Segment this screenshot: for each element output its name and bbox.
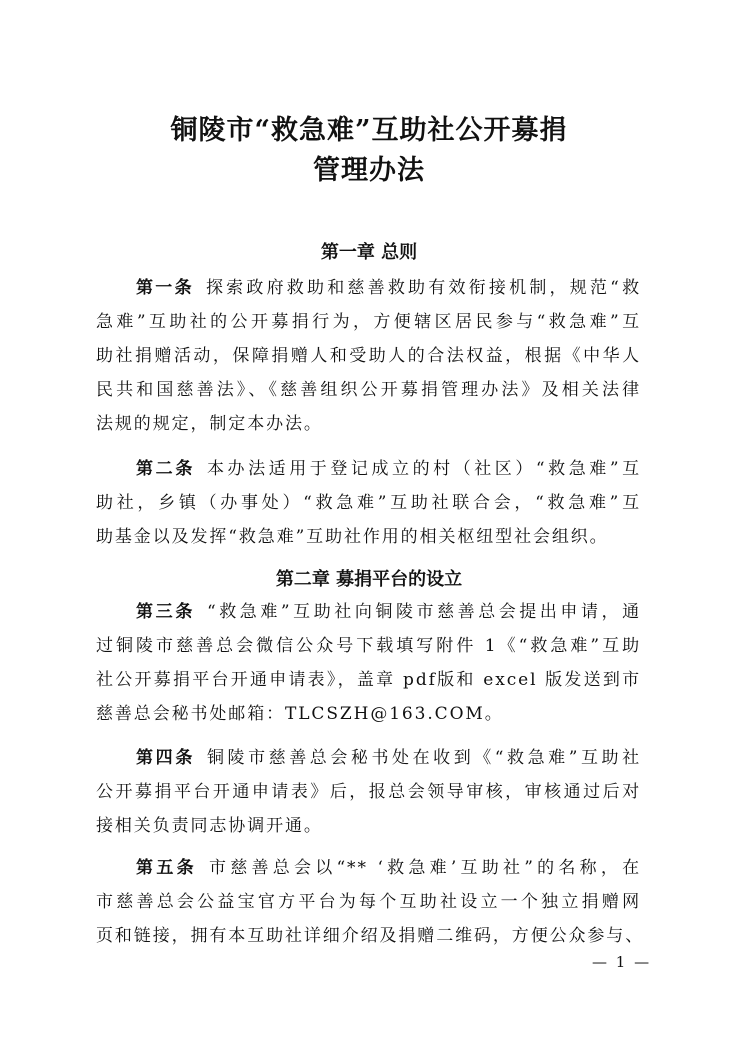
chapter-heading-2: 第二章 募捐平台的设立 [0, 565, 738, 591]
chapter-heading-1: 第一章 总则 [0, 238, 738, 264]
article-label: 第四条 [136, 748, 195, 768]
article-1-line-3: 助社捐赠活动，保障捐赠人和受助人的合法权益，根据《中华人 [96, 339, 641, 373]
article-3-line-2: 过铜陵市慈善总会微信公众号下载填写附件 1《“救急难”互助 [96, 629, 641, 663]
article-4-line-1: 第四条铜陵市慈善总会秘书处在收到《“救急难”互助社 [136, 741, 641, 775]
article-2-line-3: 助基金以及发挥“救急难”互助社作用的相关枢纽型社会组织。 [96, 520, 641, 554]
article-4-line-3: 接相关负责同志协调开通。 [96, 809, 641, 843]
article-1-line-5: 法规的规定，制定本办法。 [96, 407, 641, 441]
article-label: 第一条 [136, 278, 194, 298]
article-3-line-4: 慈善总会秘书处邮箱：TLCSZH@163.COM。 [96, 697, 641, 731]
article-label: 第五条 [136, 858, 197, 878]
article-2-line-2: 助社，乡镇（办事处）“救急难”互助社联合会，“救急难”互 [96, 486, 641, 520]
document-title-line1: 铜陵市“救急难”互助社公开募捐 [0, 108, 738, 147]
article-text: 探索政府救助和慈善救助有效衔接机制，规范“救 [206, 278, 641, 298]
article-1-line-4: 民共和国慈善法》、《慈善组织公开募捐管理办法》及相关法律 [96, 373, 641, 407]
article-text: 铜陵市慈善总会秘书处在收到《“救急难”互助社 [207, 748, 641, 768]
article-text: 市慈善总会以“** ‘救急难’互助社”的名称，在 [209, 858, 641, 878]
article-1-line-2: 急难”互助社的公开募捐行为，方便辖区居民参与“救急难”互 [96, 305, 641, 339]
document-title-line2: 管理办法 [0, 148, 738, 187]
article-text: “救急难”互助社向铜陵市慈善总会提出申请，通 [207, 602, 641, 622]
article-5-line-2: 市慈善总会公益宝官方平台为每个互助社设立一个独立捐赠网 [96, 885, 641, 919]
article-5-line-1: 第五条市慈善总会以“** ‘救急难’互助社”的名称，在 [136, 851, 641, 885]
article-text: 本办法适用于登记成立的村（社区）“救急难”互 [207, 459, 641, 479]
article-3-line-3: 社公开募捐平台开通申请表》，盖章 pdf版和 excel 版发送到市 [96, 663, 641, 697]
article-1-line-1: 第一条探索政府救助和慈善救助有效衔接机制，规范“救 [136, 271, 641, 305]
article-label: 第三条 [136, 602, 195, 622]
article-2-line-1: 第二条本办法适用于登记成立的村（社区）“救急难”互 [136, 452, 641, 486]
article-5-line-3: 页和链接，拥有本互助社详细介绍及捐赠二维码，方便公众参与、 [96, 919, 641, 953]
article-4-line-2: 公开募捐平台开通申请表》后，报总会领导审核，审核通过后对 [96, 775, 641, 809]
page-number: — 1 — [592, 953, 651, 971]
article-label: 第二条 [136, 459, 195, 479]
article-3-line-1: 第三条“救急难”互助社向铜陵市慈善总会提出申请，通 [136, 595, 641, 629]
